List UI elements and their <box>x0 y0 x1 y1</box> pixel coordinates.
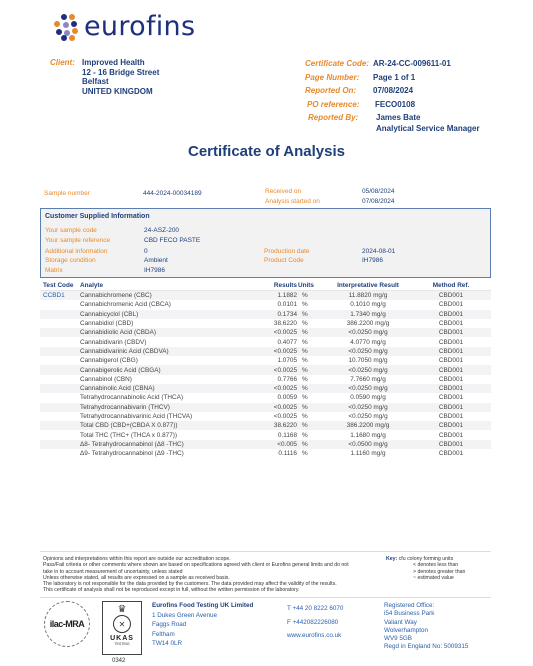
sample-reference-value: CBD FECO PASTE <box>144 237 200 246</box>
row-result: <0.0025 <box>230 348 297 355</box>
header-method: Method Ref. <box>411 282 491 289</box>
row-analyte: Cannabinolic Acid (CBNA) <box>80 385 230 392</box>
row-interpretative: <0.0250 mg/g <box>325 329 411 336</box>
row-units: % <box>297 404 325 411</box>
company-address-line: TW14 0LR <box>152 639 253 649</box>
reported-on-row: Reported On: 07/08/2024 <box>305 84 480 98</box>
row-units: % <box>297 367 325 374</box>
row-method: CBD001 <box>411 339 491 346</box>
client-street: 12 - 16 Bridge Street <box>82 68 159 78</box>
row-interpretative: 7.7660 mg/g <box>325 376 411 383</box>
registered-office-line: Regd in England No: 5009315 <box>384 643 468 651</box>
row-test-code: CCBD1 <box>40 292 80 299</box>
results-table: Test Code Analyte Results Units Interpre… <box>40 280 491 458</box>
row-result: <0.0025 <box>230 329 297 336</box>
row-result: 38.6220 <box>230 422 297 429</box>
contact-info: T +44 20 8222 6070 F +442082226080 www.e… <box>287 602 343 643</box>
row-analyte: Cannabidivarin (CBDV) <box>80 339 230 346</box>
analysis-started-value: 07/08/2024 <box>362 198 395 205</box>
registered-office-line: WV9 5GB <box>384 635 468 643</box>
production-date-value: 2024-08-01 <box>362 248 395 257</box>
sample-code-value: 24-ASZ-200 <box>144 227 179 236</box>
table-row: Cannabinolic Acid (CBNA)<0.0025%<0.0250 … <box>40 384 491 393</box>
table-row: Cannabidiolic Acid (CBDA)<0.0025%<0.0250… <box>40 328 491 337</box>
row-method: CBD001 <box>411 441 491 448</box>
row-analyte: Cannabidiol (CBD) <box>80 320 230 327</box>
row-interpretative: 4.0770 mg/g <box>325 339 411 346</box>
row-result: <0.0025 <box>230 385 297 392</box>
row-units: % <box>297 450 325 457</box>
sample-number-label: Sample number <box>44 190 90 197</box>
row-analyte: Δ8- Tetrahydrocannabinol (Δ8 -THC) <box>80 441 230 448</box>
row-interpretative: <0.0250 mg/g <box>325 385 411 392</box>
table-row: Δ8- Tetrahydrocannabinol (Δ8 -THC)<0.005… <box>40 440 491 449</box>
client-label: Client: <box>50 58 75 67</box>
header-interpretative: Interpretative Result <box>325 282 411 289</box>
row-analyte: Cannabigerolic Acid (CBGA) <box>80 367 230 374</box>
key-label: Key: <box>386 556 397 562</box>
row-method: CBD001 <box>411 329 491 336</box>
row-result: 0.0059 <box>230 394 297 401</box>
table-row: Cannabidivarin (CBDV)0.4077%4.0770 mg/gC… <box>40 337 491 346</box>
page-number-label: Page Number: <box>305 73 373 82</box>
sample-code-label: Your sample code <box>45 227 97 236</box>
row-units: % <box>297 394 325 401</box>
certificate-code-label: Certificate Code: <box>305 59 373 68</box>
client-address: Improved Health 12 - 16 Bridge Street Be… <box>82 58 159 96</box>
row-interpretative: 1.7340 mg/g <box>325 311 411 318</box>
certificate-meta: Certificate Code: AR-24-CC-009611-01 Pag… <box>305 57 480 133</box>
row-result: 0.1168 <box>230 432 297 439</box>
row-result: <0.0025 <box>230 367 297 374</box>
table-row: Cannabigerolic Acid (CBGA)<0.0025%<0.025… <box>40 365 491 374</box>
row-units: % <box>297 432 325 439</box>
row-analyte: Cannabidivarinic Acid (CBDVA) <box>80 348 230 355</box>
reported-by-label: Reported By: <box>305 113 373 122</box>
row-method: CBD001 <box>411 348 491 355</box>
table-row: Cannabidiol (CBD)38.6220%386.2200 mg/gCB… <box>40 319 491 328</box>
row-method: CBD001 <box>411 357 491 364</box>
row-interpretative: 1.1160 mg/g <box>325 450 411 457</box>
eurofins-dots-icon <box>52 13 80 41</box>
table-row: Δ9- Tetrahydrocannabinol (Δ9 -THC)0.1116… <box>40 449 491 458</box>
key-item: ~ estimated value <box>386 575 465 581</box>
table-row: Tetrahydrocannabivarin (THCV)<0.0025%<0.… <box>40 403 491 412</box>
row-analyte: Cannabidiolic Acid (CBDA) <box>80 329 230 336</box>
row-result: 0.1116 <box>230 450 297 457</box>
row-result: 0.7766 <box>230 376 297 383</box>
results-table-header: Test Code Analyte Results Units Interpre… <box>40 280 491 291</box>
row-result: 0.1734 <box>230 311 297 318</box>
row-units: % <box>297 413 325 420</box>
row-method: CBD001 <box>411 301 491 308</box>
client-city: Belfast <box>82 77 159 87</box>
row-interpretative: <0.0250 mg/g <box>325 404 411 411</box>
table-row: Total THC (THC+ (THCA x 0.877))0.1168%1.… <box>40 430 491 439</box>
disclaimer: Opinions and interpretations within this… <box>43 556 383 594</box>
page-number-row: Page Number: Page 1 of 1 <box>305 71 480 85</box>
row-method: CBD001 <box>411 367 491 374</box>
row-interpretative: <0.0250 mg/g <box>325 367 411 374</box>
row-result: 38.6220 <box>230 320 297 327</box>
row-interpretative: 386.2200 mg/g <box>325 422 411 429</box>
storage-condition-label: Storage condition <box>45 257 96 266</box>
ukas-text: UKAS <box>110 635 134 642</box>
reported-on-value: 07/08/2024 <box>373 86 413 95</box>
page-number-value: Page 1 of 1 <box>373 73 415 82</box>
page-title: Certificate of Analysis <box>0 143 533 160</box>
header-analyte: Analyte <box>80 282 230 289</box>
table-row: Tetrahydrocannabivarinic Acid (THCVA)<0.… <box>40 412 491 421</box>
table-row: Cannabicyclol (CBL)0.1734%1.7340 mg/gCBD… <box>40 310 491 319</box>
company-address: Eurofins Food Testing UK Limited 1 Dukes… <box>152 601 253 649</box>
row-units: % <box>297 441 325 448</box>
reported-on-label: Reported On: <box>305 86 373 95</box>
row-interpretative: <0.0250 mg/g <box>325 413 411 420</box>
additional-info-value: 0 <box>144 248 148 257</box>
table-row: Cannabigerol (CBG)1.0705%10.7050 mg/gCBD… <box>40 356 491 365</box>
row-method: CBD001 <box>411 422 491 429</box>
crown-icon: ♛ <box>118 604 127 615</box>
footer-divider-2 <box>40 597 491 598</box>
row-analyte: Cannabichromenic Acid (CBCA) <box>80 301 230 308</box>
reported-by-name: James Bate <box>373 113 420 122</box>
matrix-label: Matrix <box>45 267 63 276</box>
row-result: 1.1882 <box>230 292 297 299</box>
ilac-mra-text: ilac-MRA <box>50 619 85 629</box>
header-test-code: Test Code <box>40 282 80 289</box>
row-units: % <box>297 357 325 364</box>
table-row: Cannabinol (CBN)0.7766%7.7660 mg/gCBD001 <box>40 375 491 384</box>
disclaimer-line: This certificate of analysis shall not b… <box>43 587 383 593</box>
registered-office-line: i54 Business Park <box>384 610 468 618</box>
row-interpretative: 0.1010 mg/g <box>325 301 411 308</box>
po-reference-value: FECO0108 <box>373 100 415 109</box>
ilac-mra-logo: ilac-MRA <box>44 601 90 647</box>
production-date-label: Production date <box>264 248 310 257</box>
registered-office-line: Wolverhampton <box>384 627 468 635</box>
row-units: % <box>297 385 325 392</box>
row-method: CBD001 <box>411 292 491 299</box>
row-units: % <box>297 376 325 383</box>
matrix-value: IH7986 <box>144 267 165 276</box>
row-method: CBD001 <box>411 394 491 401</box>
row-result: <0.005 <box>230 441 297 448</box>
certificate-code-row: Certificate Code: AR-24-CC-009611-01 <box>305 57 480 71</box>
po-reference-row: PO reference: FECO0108 <box>305 98 480 112</box>
row-analyte: Cannabicyclol (CBL) <box>80 311 230 318</box>
product-code-label: Product Code <box>264 257 304 266</box>
row-method: CBD001 <box>411 311 491 318</box>
header-units: Units <box>297 282 325 289</box>
key-item: cfu colony forming units <box>399 556 454 562</box>
row-units: % <box>297 348 325 355</box>
ukas-number: 0342 <box>112 658 125 664</box>
received-on-label: Received on <box>265 188 301 195</box>
row-result: 0.0101 <box>230 301 297 308</box>
row-interpretative: <0.0250 mg/g <box>325 348 411 355</box>
row-units: % <box>297 292 325 299</box>
results-table-body: CCBD1Cannabichromene (CBC)1.1882%11.8820… <box>40 291 491 458</box>
company-name: Eurofins Food Testing UK Limited <box>152 602 253 609</box>
ukas-testing-text: TESTING <box>114 642 129 646</box>
row-method: CBD001 <box>411 450 491 457</box>
row-interpretative: 0.0590 mg/g <box>325 394 411 401</box>
row-units: % <box>297 311 325 318</box>
certificate-code-value: AR-24-CC-009611-01 <box>373 59 451 68</box>
row-result: 0.4077 <box>230 339 297 346</box>
row-analyte: Cannabigerol (CBG) <box>80 357 230 364</box>
row-units: % <box>297 422 325 429</box>
product-code-value: IH7986 <box>362 257 383 266</box>
row-method: CBD001 <box>411 385 491 392</box>
row-method: CBD001 <box>411 413 491 420</box>
customer-info-title: Customer Supplied Information <box>45 213 150 220</box>
disclaimer-line: Pass/Fail criteria or other comments whe… <box>43 562 383 568</box>
row-units: % <box>297 301 325 308</box>
ukas-logo: ♛ ✕ UKAS TESTING <box>102 601 142 655</box>
footer-divider <box>40 551 491 552</box>
row-interpretative: 11.8820 mg/g <box>325 292 411 299</box>
client-name: Improved Health <box>82 58 159 68</box>
row-method: CBD001 <box>411 404 491 411</box>
table-row: Tetrahydrocannabinolic Acid (THCA)0.0059… <box>40 393 491 402</box>
key-legend: Key: cfu colony forming units < denotes … <box>386 556 465 581</box>
row-method: CBD001 <box>411 320 491 327</box>
reported-by-row: Reported By: James Bate <box>305 111 480 125</box>
row-interpretative: 10.7050 mg/g <box>325 357 411 364</box>
header-result: Results <box>230 282 297 289</box>
row-analyte: Tetrahydrocannabivarinic Acid (THCVA) <box>80 413 230 420</box>
sample-number-value: 444-2024-00034189 <box>143 190 202 197</box>
row-result: 1.0705 <box>230 357 297 364</box>
fax-number: F +442082226080 <box>287 616 343 630</box>
eurofins-logo: eurofins <box>52 13 192 43</box>
row-analyte: Δ9- Tetrahydrocannabinol (Δ9 -THC) <box>80 450 230 457</box>
row-interpretative: <0.0500 mg/g <box>325 441 411 448</box>
row-interpretative: 386.2200 mg/g <box>325 320 411 327</box>
row-analyte: Tetrahydrocannabivarin (THCV) <box>80 404 230 411</box>
company-address-line: Faggs Road <box>152 620 253 630</box>
row-method: CBD001 <box>411 376 491 383</box>
client-country: UNITED KINGDOM <box>82 87 159 97</box>
row-units: % <box>297 320 325 327</box>
row-method: CBD001 <box>411 432 491 439</box>
additional-info-label: Additional information <box>45 248 108 257</box>
row-result: <0.0025 <box>230 404 297 411</box>
website-link[interactable]: www.eurofins.co.uk <box>287 629 343 643</box>
brand-name: eurofins <box>84 11 195 42</box>
row-analyte: Total THC (THC+ (THCA x 0.877)) <box>80 432 230 439</box>
customer-info-box: Customer Supplied Information Your sampl… <box>40 208 491 278</box>
analysis-started-label: Analysis started on <box>265 198 320 205</box>
row-analyte: Total CBD (CBD+(CBDA X 0.877)) <box>80 422 230 429</box>
phone-number: T +44 20 8222 6070 <box>287 602 343 616</box>
registered-office-line: Valiant Way <box>384 619 468 627</box>
company-address-line: 1 Dukes Green Avenue <box>152 611 253 621</box>
row-analyte: Cannabinol (CBN) <box>80 376 230 383</box>
reported-by-role: Analytical Service Manager <box>305 124 480 133</box>
row-units: % <box>297 339 325 346</box>
storage-condition-value: Ambient <box>144 257 168 266</box>
sample-reference-label: Your sample reference <box>45 237 110 246</box>
company-address-line: Feltham <box>152 630 253 640</box>
row-analyte: Tetrahydrocannabinolic Acid (THCA) <box>80 394 230 401</box>
row-units: % <box>297 329 325 336</box>
row-analyte: Cannabichromene (CBC) <box>80 292 230 299</box>
registered-office-line: Registered Office: <box>384 602 468 610</box>
row-result: <0.0025 <box>230 413 297 420</box>
received-on-value: 05/08/2024 <box>362 188 395 195</box>
table-row: CCBD1Cannabichromene (CBC)1.1882%11.8820… <box>40 291 491 300</box>
ukas-emblem-icon: ✕ <box>113 615 131 633</box>
sample-info: Sample number 444-2024-00034189 Received… <box>44 188 494 208</box>
table-row: Cannabichromenic Acid (CBCA)0.0101%0.101… <box>40 300 491 309</box>
registered-office: Registered Office: i54 Business Park Val… <box>384 602 468 652</box>
table-row: Cannabidivarinic Acid (CBDVA)<0.0025%<0.… <box>40 347 491 356</box>
po-reference-label: PO reference: <box>305 100 373 109</box>
row-interpretative: 1.1680 mg/g <box>325 432 411 439</box>
table-row: Total CBD (CBD+(CBDA X 0.877))38.6220%38… <box>40 421 491 430</box>
